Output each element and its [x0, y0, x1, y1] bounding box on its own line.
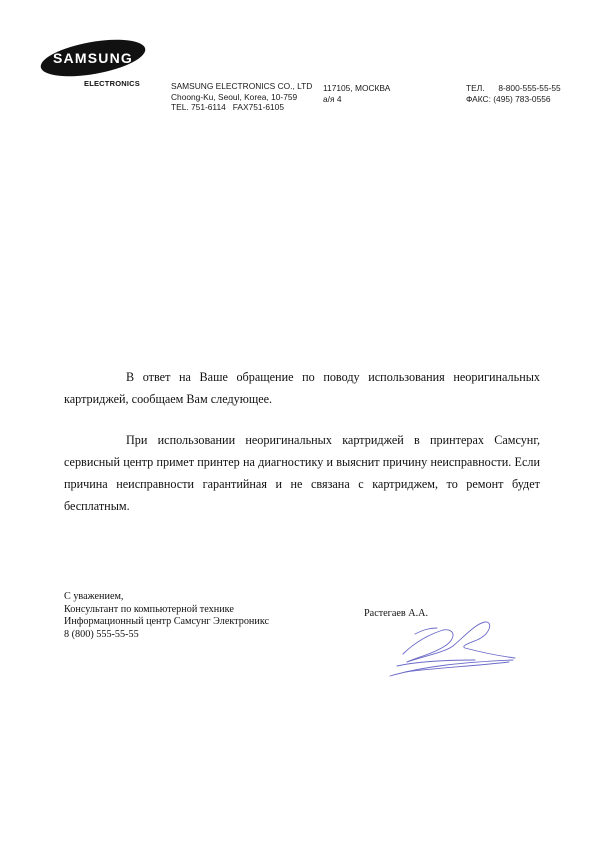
closing-position: Консультант по компьютерной технике	[64, 604, 269, 617]
fax-label: ФАКС:	[466, 94, 491, 104]
fax-row: ФАКС: (495) 783-0556	[466, 94, 561, 105]
fax-value: (495) 783-0556	[493, 94, 550, 104]
company-address: Choong-Ku, Seoul, Korea, 10-759	[171, 92, 312, 103]
closing-greeting: С уважением,	[64, 591, 269, 604]
tel-label: ТЕЛ.	[466, 83, 496, 94]
closing-block: С уважением, Консультант по компьютерной…	[64, 591, 269, 641]
local-address: 117105, МОСКВА а/я 4	[323, 83, 390, 104]
samsung-logo-icon: SAMSUNG	[38, 38, 148, 78]
body-paragraph-2: При использовании неоригинальных картрид…	[64, 429, 540, 517]
logo-subtitle: ELECTRONICS	[84, 79, 140, 88]
handwritten-signature-icon	[385, 616, 535, 680]
closing-organization: Информационный центр Самсунг Электроникс	[64, 616, 269, 629]
company-name: SAMSUNG ELECTRONICS CO., LTD	[171, 81, 312, 92]
contacts: ТЕЛ. 8-800-555-55-55 ФАКС: (495) 783-055…	[466, 83, 561, 104]
svg-text:SAMSUNG: SAMSUNG	[53, 50, 133, 66]
tel-row: ТЕЛ. 8-800-555-55-55	[466, 83, 561, 94]
company-info: SAMSUNG ELECTRONICS CO., LTD Choong-Ku, …	[171, 81, 312, 113]
closing-phone: 8 (800) 555-55-55	[64, 629, 269, 642]
body-paragraph-1: В ответ на Ваше обращение по поводу испо…	[64, 366, 540, 410]
tel-value: 8-800-555-55-55	[498, 83, 560, 93]
local-address-line2: а/я 4	[323, 94, 390, 105]
local-address-line1: 117105, МОСКВА	[323, 83, 390, 94]
company-phones: TEL. 751-6114 FAX751-6105	[171, 102, 312, 113]
